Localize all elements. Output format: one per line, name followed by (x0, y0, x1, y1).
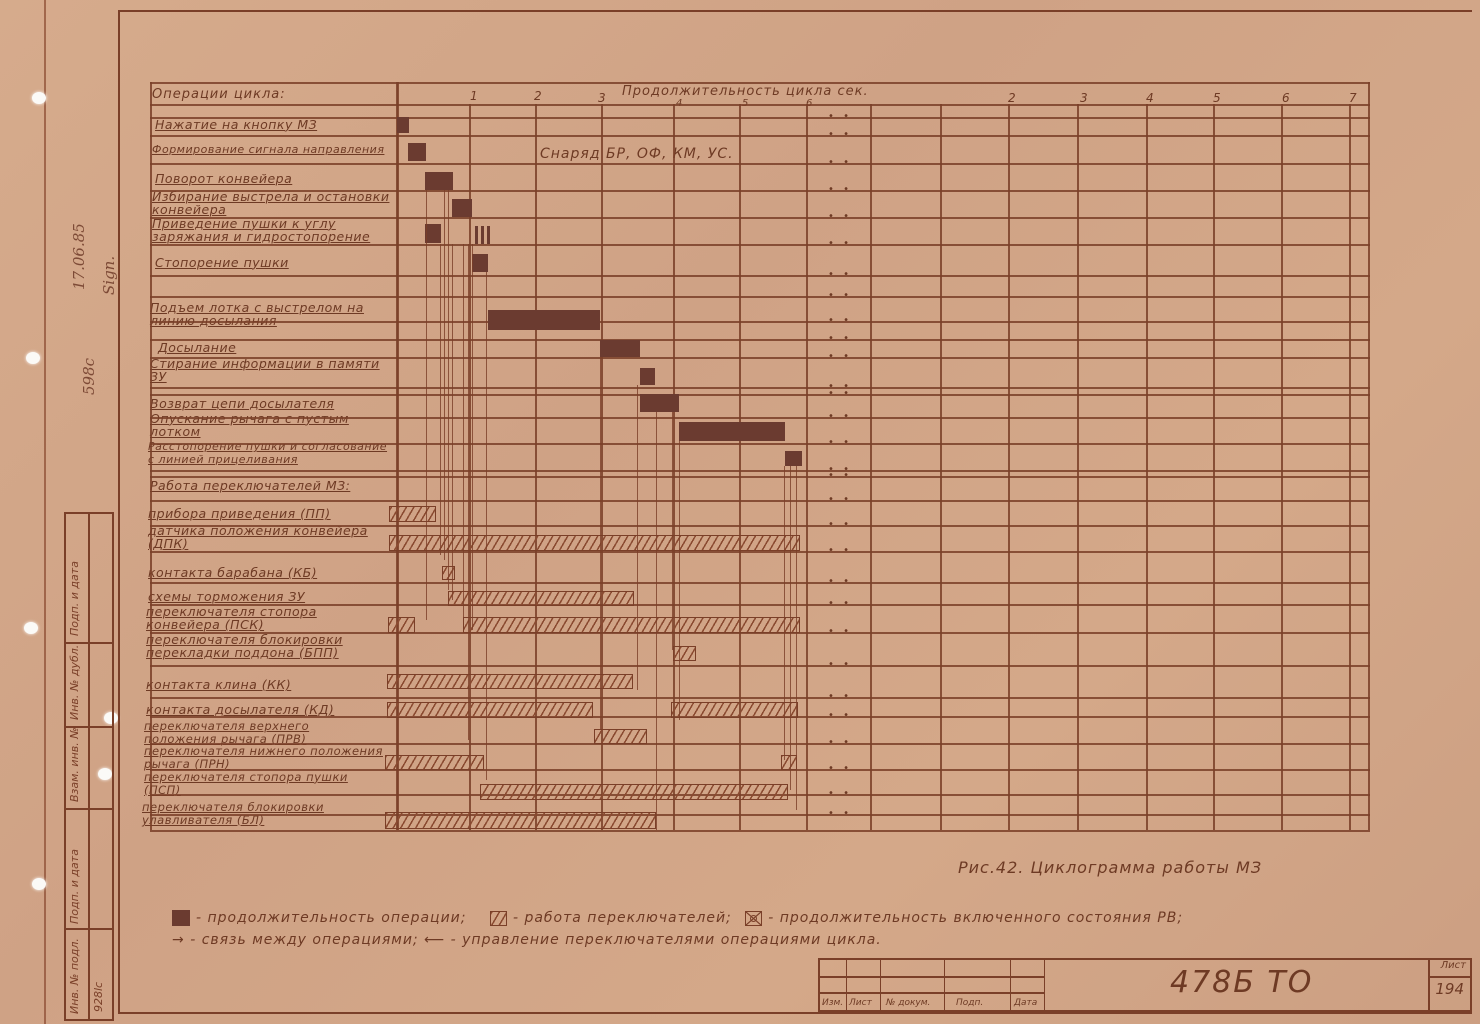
grid-row-line (150, 163, 1370, 165)
continuation-dots: • • (828, 351, 852, 362)
document-number: 478Б ТО (1170, 965, 1313, 1000)
continuation-dots: • • (828, 470, 852, 481)
continuation-dots: • • (828, 238, 852, 249)
grid-col-line (940, 104, 942, 830)
title-block-col: Дата (1014, 998, 1037, 1008)
grid-col-line (1146, 104, 1148, 830)
continuation-dots: • • (828, 388, 852, 399)
margin-date: 17.06.85 (70, 223, 88, 290)
grid-row-line (150, 814, 1370, 816)
grid-row-line (150, 417, 1370, 419)
continuation-dots: • • (828, 290, 852, 301)
punch-hole (32, 878, 46, 890)
grid-col-line (601, 104, 603, 830)
operations-column-header: Операции цикла: (152, 87, 286, 102)
margin-number: 598с (80, 358, 98, 395)
continuation-dots: • • (828, 411, 852, 422)
grid-row-line (150, 443, 1370, 445)
operation-duration-bar (600, 340, 640, 357)
grid-row-line (150, 135, 1370, 137)
connection-line (444, 190, 445, 560)
legend-row-2: → - связь между операциями; ⟵ - управлен… (172, 932, 882, 948)
grid-row-line (150, 296, 1370, 298)
operation-duration-bar (785, 451, 802, 466)
grid-row-line (150, 830, 1370, 832)
operation-label: Поворот конвейера (155, 172, 292, 185)
binding-margin-line (44, 0, 46, 1024)
grid-row-line (150, 525, 1370, 527)
grid-row-line (150, 476, 1370, 478)
grid-row-line (150, 470, 1370, 472)
grid-row-line (150, 551, 1370, 553)
continuation-dots: • • (828, 710, 852, 721)
grid-col-line (1213, 104, 1215, 830)
legend-solid-square-icon (172, 910, 190, 926)
stamp-label: Инв. № дубл. (68, 645, 81, 720)
grid-row-line (150, 743, 1370, 745)
switch-label: контакта барабана (КБ) (148, 566, 317, 579)
grid-col-line (739, 104, 741, 830)
operation-duration-bar (640, 394, 679, 412)
title-block-col: Изм. (822, 998, 843, 1008)
switch-work-bar (463, 617, 800, 633)
legend-crossed-square-icon (745, 911, 762, 926)
connection-line (463, 244, 464, 620)
switch-label: контакта клина (КК) (146, 678, 291, 691)
continuation-dots: • • (828, 211, 852, 222)
connection-line (784, 466, 785, 760)
switch-work-bar (671, 702, 798, 718)
continuation-dots: • • (828, 184, 852, 195)
duration-header: Продолжительность цикла сек. (622, 84, 869, 99)
title-block: Изм. Лист № докум. Подп. Дата 478Б ТО Ли… (818, 958, 1472, 1012)
continuation-dots: • • (828, 269, 852, 280)
grid-row-line (150, 275, 1370, 277)
tick-label: 7 (1349, 91, 1357, 105)
operation-label: Стирание информации в памяти ЗУ (150, 357, 390, 383)
grid-col-line (1368, 82, 1370, 830)
continuation-dots: • • (828, 111, 852, 122)
switch-label: прибора приведения (ПП) (148, 507, 331, 520)
tick-mark (475, 226, 478, 244)
grid-row-line (150, 697, 1370, 699)
grid-row-line (150, 357, 1370, 359)
ammo-note: Снаряд БР, ОФ, КМ, УС. (540, 146, 734, 162)
grid-col-line (806, 104, 808, 830)
switch-work-bar (387, 674, 633, 689)
grid-row-line (150, 217, 1370, 219)
grid-row-line (150, 339, 1370, 341)
grid-col-line (673, 104, 675, 830)
switch-work-bar (673, 646, 696, 661)
title-block-col: № докум. (886, 998, 930, 1008)
grid-col-line (1077, 104, 1079, 830)
grid-col-line (150, 82, 152, 830)
tick-label: 3 (1080, 91, 1088, 105)
operation-label: Избирание выстрела и остановки конвейера (152, 190, 392, 216)
continuation-dots: • • (828, 519, 852, 530)
tick-mark (481, 226, 484, 244)
operation-duration-bar (679, 422, 785, 441)
connection-line (426, 190, 427, 620)
continuation-dots: • • (828, 598, 852, 609)
operation-label: Возврат цепи досылателя (150, 397, 334, 410)
continuation-dots: • • (828, 494, 852, 505)
continuation-dots: • • (828, 788, 852, 799)
connection-line (790, 466, 791, 790)
switch-label: переключателя стопора конвейера (ПСК) (146, 605, 386, 631)
operation-label: Стопорение пушки (155, 256, 289, 269)
connection-line (472, 244, 473, 630)
operation-label: Досылание (158, 341, 236, 354)
continuation-dots: • • (828, 157, 852, 168)
title-block-col: Подп. (956, 998, 983, 1008)
figure-caption: Рис.42. Циклограмма работы МЗ (958, 858, 1262, 877)
control-arrow-icon: ⟵ (424, 932, 445, 948)
continuation-dots: • • (828, 333, 852, 344)
punch-hole (24, 622, 38, 634)
grid-row-line (150, 394, 1370, 396)
legend-hatched-square-icon (490, 911, 507, 926)
connection-line (486, 272, 487, 780)
stamp-label: Подп. и дата (68, 849, 81, 924)
switch-work-bar (387, 702, 593, 718)
grid-row-line (150, 82, 1370, 84)
switch-label: датчика положения конвейера (ДПК) (148, 524, 383, 550)
connection-line (796, 466, 797, 810)
connection-line (656, 412, 657, 830)
grid-col-line (535, 104, 537, 830)
connection-line (600, 357, 601, 730)
switches-title: Работа переключателей МЗ: (150, 479, 350, 492)
tick-label: 1 (470, 89, 478, 103)
switch-work-bar (385, 812, 656, 829)
legend-text: - продолжительность операции; (196, 910, 467, 926)
switch-work-bar (388, 617, 415, 633)
switch-work-bar (448, 591, 634, 606)
switch-work-bar (389, 535, 800, 551)
operation-duration-bar (472, 254, 488, 272)
connection-line (452, 244, 453, 600)
sheet-number: 194 (1435, 980, 1464, 998)
operation-label: Опускание рычага с пустым лотком (150, 412, 380, 438)
punch-hole (32, 92, 46, 104)
grid-row-line (150, 190, 1370, 192)
switch-label: схемы торможения ЗУ (148, 590, 305, 603)
connection-line (448, 190, 449, 590)
continuation-dots: • • (828, 315, 852, 326)
grid-row-line (150, 321, 1370, 323)
switch-label: переключателя нижнего положения рычага (… (144, 745, 384, 771)
operation-label: Приведение пушки к углу заряжания и гидр… (152, 217, 392, 243)
arrow-icon: → (172, 932, 185, 948)
grid-row-line (150, 500, 1370, 502)
operation-label: Нажатие на кнопку МЗ (155, 118, 317, 131)
connection-line (468, 244, 469, 740)
continuation-dots: • • (828, 626, 852, 637)
operation-label: Подъем лотка с выстрелом на линию досыла… (150, 301, 390, 327)
continuation-dots: • • (828, 576, 852, 587)
grid-col-line (1008, 104, 1010, 830)
tick-label: 6 (1282, 91, 1290, 105)
margin-signature: Sign. (100, 256, 118, 295)
grid-col-line (1349, 104, 1351, 830)
switch-work-bar (389, 506, 436, 522)
grid-col-line (870, 104, 872, 830)
switch-work-bar (594, 729, 647, 744)
continuation-dots: • • (828, 763, 852, 774)
grid-row-line (150, 244, 1370, 246)
tick-label: 2 (534, 89, 542, 103)
operation-duration-bar (488, 310, 600, 330)
connection-line (637, 385, 638, 690)
stamp-label: Взам. инв. № (68, 727, 81, 802)
tick-label: 3 (598, 91, 606, 105)
title-block-col: Лист (849, 998, 872, 1008)
legend-text: - продолжительность включенного состояни… (768, 910, 1183, 926)
grid-col-line (1281, 104, 1283, 830)
continuation-dots: • • (828, 808, 852, 819)
continuation-dots: • • (828, 545, 852, 556)
grid-row-line (150, 582, 1370, 584)
grid-row-line (150, 769, 1370, 771)
continuation-dots: • • (828, 437, 852, 448)
legend-text: - управление переключателями операциями … (451, 932, 882, 948)
stamp-label: Инв. № подл. (68, 938, 81, 1014)
operation-duration-bar (640, 368, 655, 385)
operation-label: Формирование сигнала направления (152, 143, 392, 156)
stamp-column: Подп. и дата Инв. № дубл. Взам. инв. № П… (64, 512, 114, 1021)
continuation-dots: • • (828, 129, 852, 140)
grid-row-line (150, 665, 1370, 667)
stamp-label: Подп. и дата (68, 561, 81, 636)
operation-duration-bar (397, 117, 409, 133)
legend-text: - работа переключателей; (513, 910, 732, 926)
operation-duration-bar (425, 172, 453, 190)
connection-line (672, 412, 673, 650)
operation-duration-bar (425, 224, 441, 243)
legend-row-1: - продолжительность операции; - работа п… (172, 910, 1183, 926)
tick-label: 4 (1146, 91, 1154, 105)
legend-text: - связь между операциями; (190, 932, 418, 948)
stamp-value: 928lc (92, 982, 105, 1012)
continuation-dots: • • (828, 737, 852, 748)
sheet-label: Лист (1441, 960, 1466, 971)
operation-duration-bar (452, 199, 472, 217)
connection-line (440, 244, 441, 555)
connection-line (679, 441, 680, 720)
tick-label: 2 (1008, 91, 1016, 105)
tick-label: 5 (1213, 91, 1221, 105)
grid-row-line (150, 387, 1370, 389)
grid-row-line (150, 104, 1370, 106)
switch-label: переключателя блокировки перекладки подд… (146, 633, 386, 659)
continuation-dots: • • (828, 659, 852, 670)
switch-work-bar (480, 784, 788, 800)
punch-hole (26, 352, 40, 364)
operation-duration-bar (408, 143, 426, 161)
switch-label: контакта досылателя (КД) (146, 703, 334, 716)
switch-work-bar (385, 755, 484, 770)
tick-mark (487, 226, 490, 244)
continuation-dots: • • (828, 691, 852, 702)
grid-row-line (150, 117, 1370, 119)
grid-row-line (150, 604, 1370, 606)
